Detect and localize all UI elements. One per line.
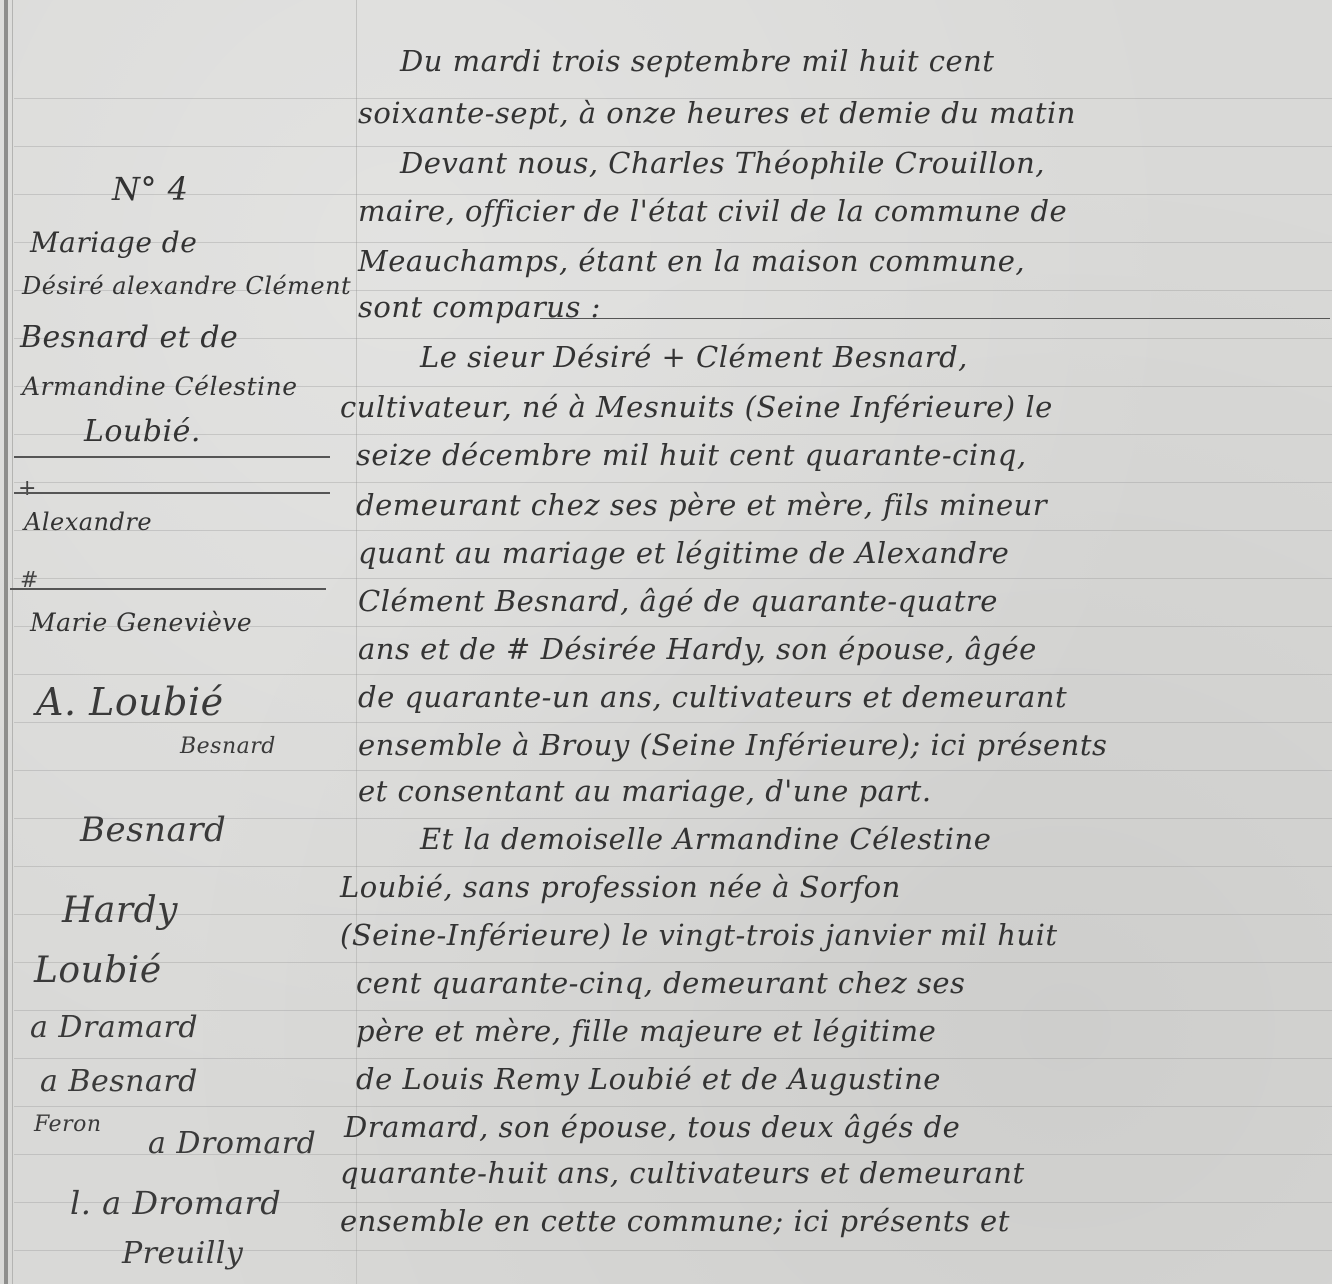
margin-heading-line: Désiré alexandre Clément: [22, 272, 351, 300]
signature: Besnard: [180, 734, 276, 759]
margin-heading-line: Armandine Célestine: [22, 372, 298, 401]
signature: l. a Dromard: [70, 1184, 281, 1222]
body-line: Loubié, sans profession née à Sorfon: [340, 870, 901, 904]
body-line: Et la demoiselle Armandine Célestine: [420, 822, 991, 856]
ruled-line: [14, 1106, 1332, 1107]
margin-note-1: Alexandre: [24, 508, 152, 536]
body-line: Dramard, son épouse, tous deux âgés de: [344, 1110, 960, 1144]
ruled-line: [14, 866, 1332, 867]
ruled-line: [14, 530, 1332, 531]
body-line: Clément Besnard, âgé de quarante-quatre: [358, 584, 998, 618]
margin-heading-line: Mariage de: [30, 226, 197, 259]
ruled-line: [14, 482, 1332, 483]
register-page: N° 4 Mariage de Désiré alexandre Clément…: [0, 0, 1332, 1284]
page-binding-edge: [4, 0, 8, 1284]
body-line: quant au mariage et légitime de Alexandr…: [358, 536, 1009, 570]
body-line: Devant nous, Charles Théophile Crouillon…: [400, 146, 1045, 180]
body-line: seize décembre mil huit cent quarante-ci…: [356, 438, 1027, 472]
body-line: Le sieur Désiré + Clément Besnard,: [420, 340, 968, 374]
signature: Feron: [34, 1112, 102, 1137]
margin-heading-line: Loubié.: [84, 414, 201, 449]
body-line: soixante-sept, à onze heures et demie du…: [358, 96, 1076, 130]
margin-note-2: Marie Geneviève: [30, 608, 252, 637]
ruled-line: [14, 914, 1332, 915]
body-line: père et mère, fille majeure et légitime: [356, 1014, 936, 1048]
body-line: Du mardi trois septembre mil huit cent: [400, 44, 994, 78]
signature: A. Loubié: [36, 680, 224, 724]
body-line: et consentant au mariage, d'une part.: [358, 774, 932, 808]
margin-heading-line: Besnard et de: [20, 320, 238, 355]
body-line: (Seine-Inférieure) le vingt-trois janvie…: [340, 918, 1058, 952]
signature: Hardy: [62, 890, 178, 931]
record-number: N° 4: [112, 170, 189, 208]
body-line: ans et de # Désirée Hardy, son épouse, â…: [358, 632, 1037, 666]
ruled-line: [14, 770, 1332, 771]
body-line: ensemble à Brouy (Seine Inférieure); ici…: [358, 728, 1107, 762]
body-line: ensemble en cette commune; ici présents …: [340, 1204, 1010, 1238]
signature: Loubié: [34, 950, 162, 991]
line-filler-stroke: [540, 318, 1330, 319]
signature: Preuilly: [122, 1236, 243, 1271]
ruled-line: [14, 434, 1332, 435]
signature: a Besnard: [40, 1064, 198, 1099]
ruled-line: [14, 578, 1332, 579]
page-binding-line: [12, 0, 13, 1284]
ruled-line: [14, 1010, 1332, 1011]
body-line: maire, officier de l'état civil de la co…: [358, 194, 1067, 228]
body-line: cultivateur, né à Mesnuits (Seine Inféri…: [340, 390, 1053, 424]
margin-separator: [10, 588, 326, 590]
body-line: Meauchamps, étant en la maison commune,: [358, 244, 1025, 278]
ruled-line: [14, 1058, 1332, 1059]
note-marker-cross: +: [18, 476, 36, 501]
body-line: de quarante-un ans, cultivateurs et deme…: [358, 680, 1067, 714]
ruled-line: [14, 674, 1332, 675]
body-line: demeurant chez ses père et mère, fils mi…: [356, 488, 1047, 522]
margin-separator: [14, 456, 330, 458]
body-line: quarante-huit ans, cultivateurs et demeu…: [340, 1156, 1025, 1190]
signature: Besnard: [80, 810, 226, 850]
margin-separator: [14, 492, 330, 494]
signature: a Dromard: [148, 1126, 316, 1161]
ruled-line: [14, 242, 1332, 243]
body-line: de Louis Remy Loubié et de Augustine: [356, 1062, 941, 1096]
ruled-line: [14, 962, 1332, 963]
signature: a Dramard: [30, 1010, 198, 1045]
body-line: cent quarante-cinq, demeurant chez ses: [356, 966, 965, 1000]
